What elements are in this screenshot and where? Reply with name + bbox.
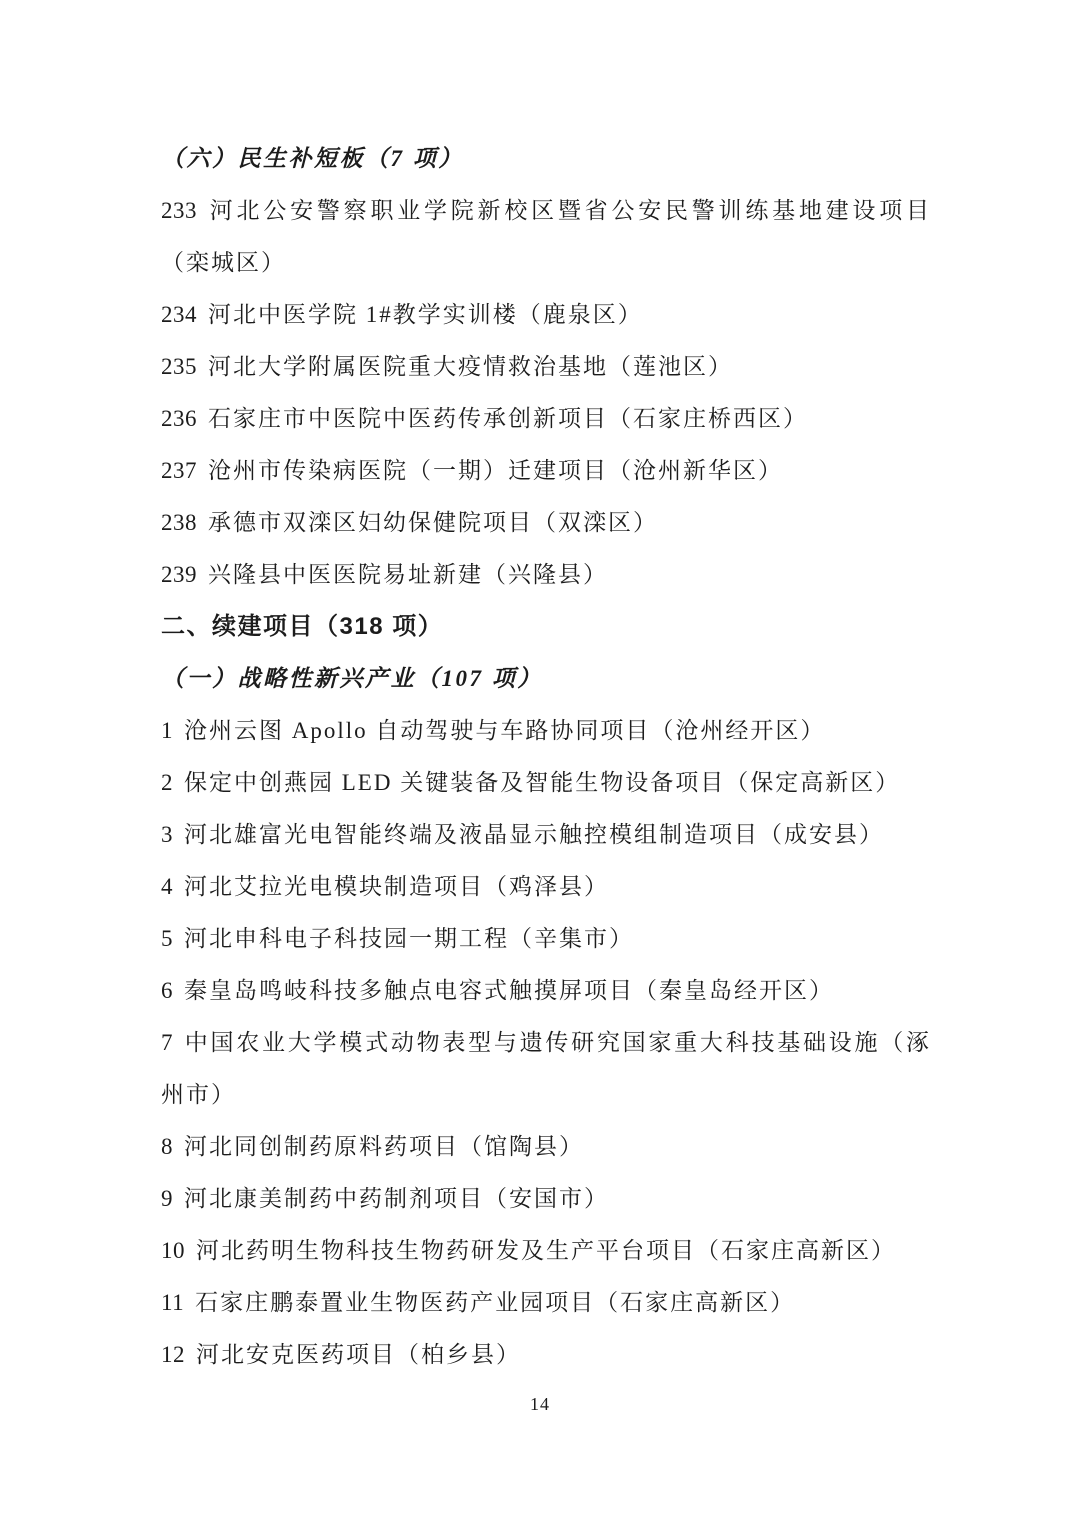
item-number: 233	[161, 198, 197, 223]
project-item-235: 235河北大学附属医院重大疫情救治基地（莲池区）	[161, 341, 931, 393]
item-number: 235	[161, 354, 197, 379]
project-item-12: 12河北安克医药项目（柏乡县）	[161, 1329, 931, 1381]
item-number: 239	[161, 562, 197, 587]
heading-section1-strategic-industries: （一）战略性新兴产业（107 项）	[161, 653, 931, 705]
item-number: 1	[161, 718, 173, 743]
project-item-233: 233河北公安警察职业学院新校区暨省公安民警训练基地建设项目（栾城区）	[161, 185, 931, 289]
item-text: 河北安克医药项目（柏乡县）	[196, 1342, 521, 1367]
document-page: （六）民生补短板（7 项） 233河北公安警察职业学院新校区暨省公安民警训练基地…	[0, 0, 1080, 1528]
item-text: 保定中创燕园 LED 关键装备及智能生物设备项目（保定高新区）	[184, 770, 900, 795]
item-text: 河北康美制药中药制剂项目（安国市）	[184, 1186, 609, 1211]
item-number: 4	[161, 874, 173, 899]
item-text: 兴隆县中医医院易址新建（兴隆县）	[208, 562, 608, 587]
project-item-6: 6秦皇岛鸣岐科技多触点电容式触摸屏项目（秦皇岛经开区）	[161, 965, 931, 1017]
item-number: 3	[161, 822, 173, 847]
project-item-5: 5河北申科电子科技园一期工程（辛集市）	[161, 913, 931, 965]
item-number: 11	[161, 1290, 184, 1315]
project-item-8: 8河北同创制药原料药项目（馆陶县）	[161, 1121, 931, 1173]
project-item-7: 7中国农业大学模式动物表型与遗传研究国家重大科技基础设施（涿州市）	[161, 1017, 931, 1121]
heading-section6-minsheng: （六）民生补短板（7 项）	[161, 133, 931, 185]
project-item-3: 3河北雄富光电智能终端及液晶显示触控模组制造项目（成安县）	[161, 809, 931, 861]
project-item-9: 9河北康美制药中药制剂项目（安国市）	[161, 1173, 931, 1225]
item-text: 石家庄市中医院中医药传承创新项目（石家庄桥西区）	[208, 406, 808, 431]
item-text: 中国农业大学模式动物表型与遗传研究国家重大科技基础设施（涿州市）	[161, 1030, 931, 1107]
item-text: 河北申科电子科技园一期工程（辛集市）	[184, 926, 634, 951]
item-number: 8	[161, 1134, 173, 1159]
item-number: 234	[161, 302, 197, 327]
item-text: 河北中医学院 1#教学实训楼（鹿泉区）	[208, 302, 643, 327]
project-item-11: 11石家庄鹏泰置业生物医药产业园项目（石家庄高新区）	[161, 1277, 931, 1329]
item-text: 河北雄富光电智能终端及液晶显示触控模组制造项目（成安县）	[184, 822, 884, 847]
item-text: 沧州市传染病医院（一期）迁建项目（沧州新华区）	[208, 458, 783, 483]
item-text: 石家庄鹏泰置业生物医药产业园项目（石家庄高新区）	[195, 1290, 795, 1315]
document-content: （六）民生补短板（7 项） 233河北公安警察职业学院新校区暨省公安民警训练基地…	[161, 133, 931, 1381]
project-item-239: 239兴隆县中医医院易址新建（兴隆县）	[161, 549, 931, 601]
project-item-4: 4河北艾拉光电模块制造项目（鸡泽县）	[161, 861, 931, 913]
page-number: 14	[0, 1391, 1080, 1417]
project-item-10: 10河北药明生物科技生物药研发及生产平台项目（石家庄高新区）	[161, 1225, 931, 1277]
item-number: 5	[161, 926, 173, 951]
item-number: 6	[161, 978, 173, 1003]
item-text: 沧州云图 Apollo 自动驾驶与车路协同项目（沧州经开区）	[184, 718, 825, 743]
item-text: 河北大学附属医院重大疫情救治基地（莲池区）	[208, 354, 733, 379]
item-number: 12	[161, 1342, 185, 1367]
item-number: 2	[161, 770, 173, 795]
item-text: 河北艾拉光电模块制造项目（鸡泽县）	[184, 874, 609, 899]
item-number: 238	[161, 510, 197, 535]
item-number: 7	[161, 1030, 173, 1055]
item-text: 河北同创制药原料药项目（馆陶县）	[184, 1134, 584, 1159]
item-number: 10	[161, 1238, 185, 1263]
project-item-2: 2保定中创燕园 LED 关键装备及智能生物设备项目（保定高新区）	[161, 757, 931, 809]
project-item-234: 234河北中医学院 1#教学实训楼（鹿泉区）	[161, 289, 931, 341]
item-text: 承德市双滦区妇幼保健院项目（双滦区）	[208, 510, 658, 535]
project-item-238: 238承德市双滦区妇幼保健院项目（双滦区）	[161, 497, 931, 549]
item-number: 9	[161, 1186, 173, 1211]
project-item-236: 236石家庄市中医院中医药传承创新项目（石家庄桥西区）	[161, 393, 931, 445]
heading-part2-continued-projects: 二、续建项目（318 项）	[161, 601, 931, 653]
item-text: 河北药明生物科技生物药研发及生产平台项目（石家庄高新区）	[196, 1238, 896, 1263]
project-item-1: 1沧州云图 Apollo 自动驾驶与车路协同项目（沧州经开区）	[161, 705, 931, 757]
project-item-237: 237沧州市传染病医院（一期）迁建项目（沧州新华区）	[161, 445, 931, 497]
item-text: 河北公安警察职业学院新校区暨省公安民警训练基地建设项目（栾城区）	[161, 198, 931, 275]
item-number: 237	[161, 458, 197, 483]
item-text: 秦皇岛鸣岐科技多触点电容式触摸屏项目（秦皇岛经开区）	[184, 978, 834, 1003]
item-number: 236	[161, 406, 197, 431]
